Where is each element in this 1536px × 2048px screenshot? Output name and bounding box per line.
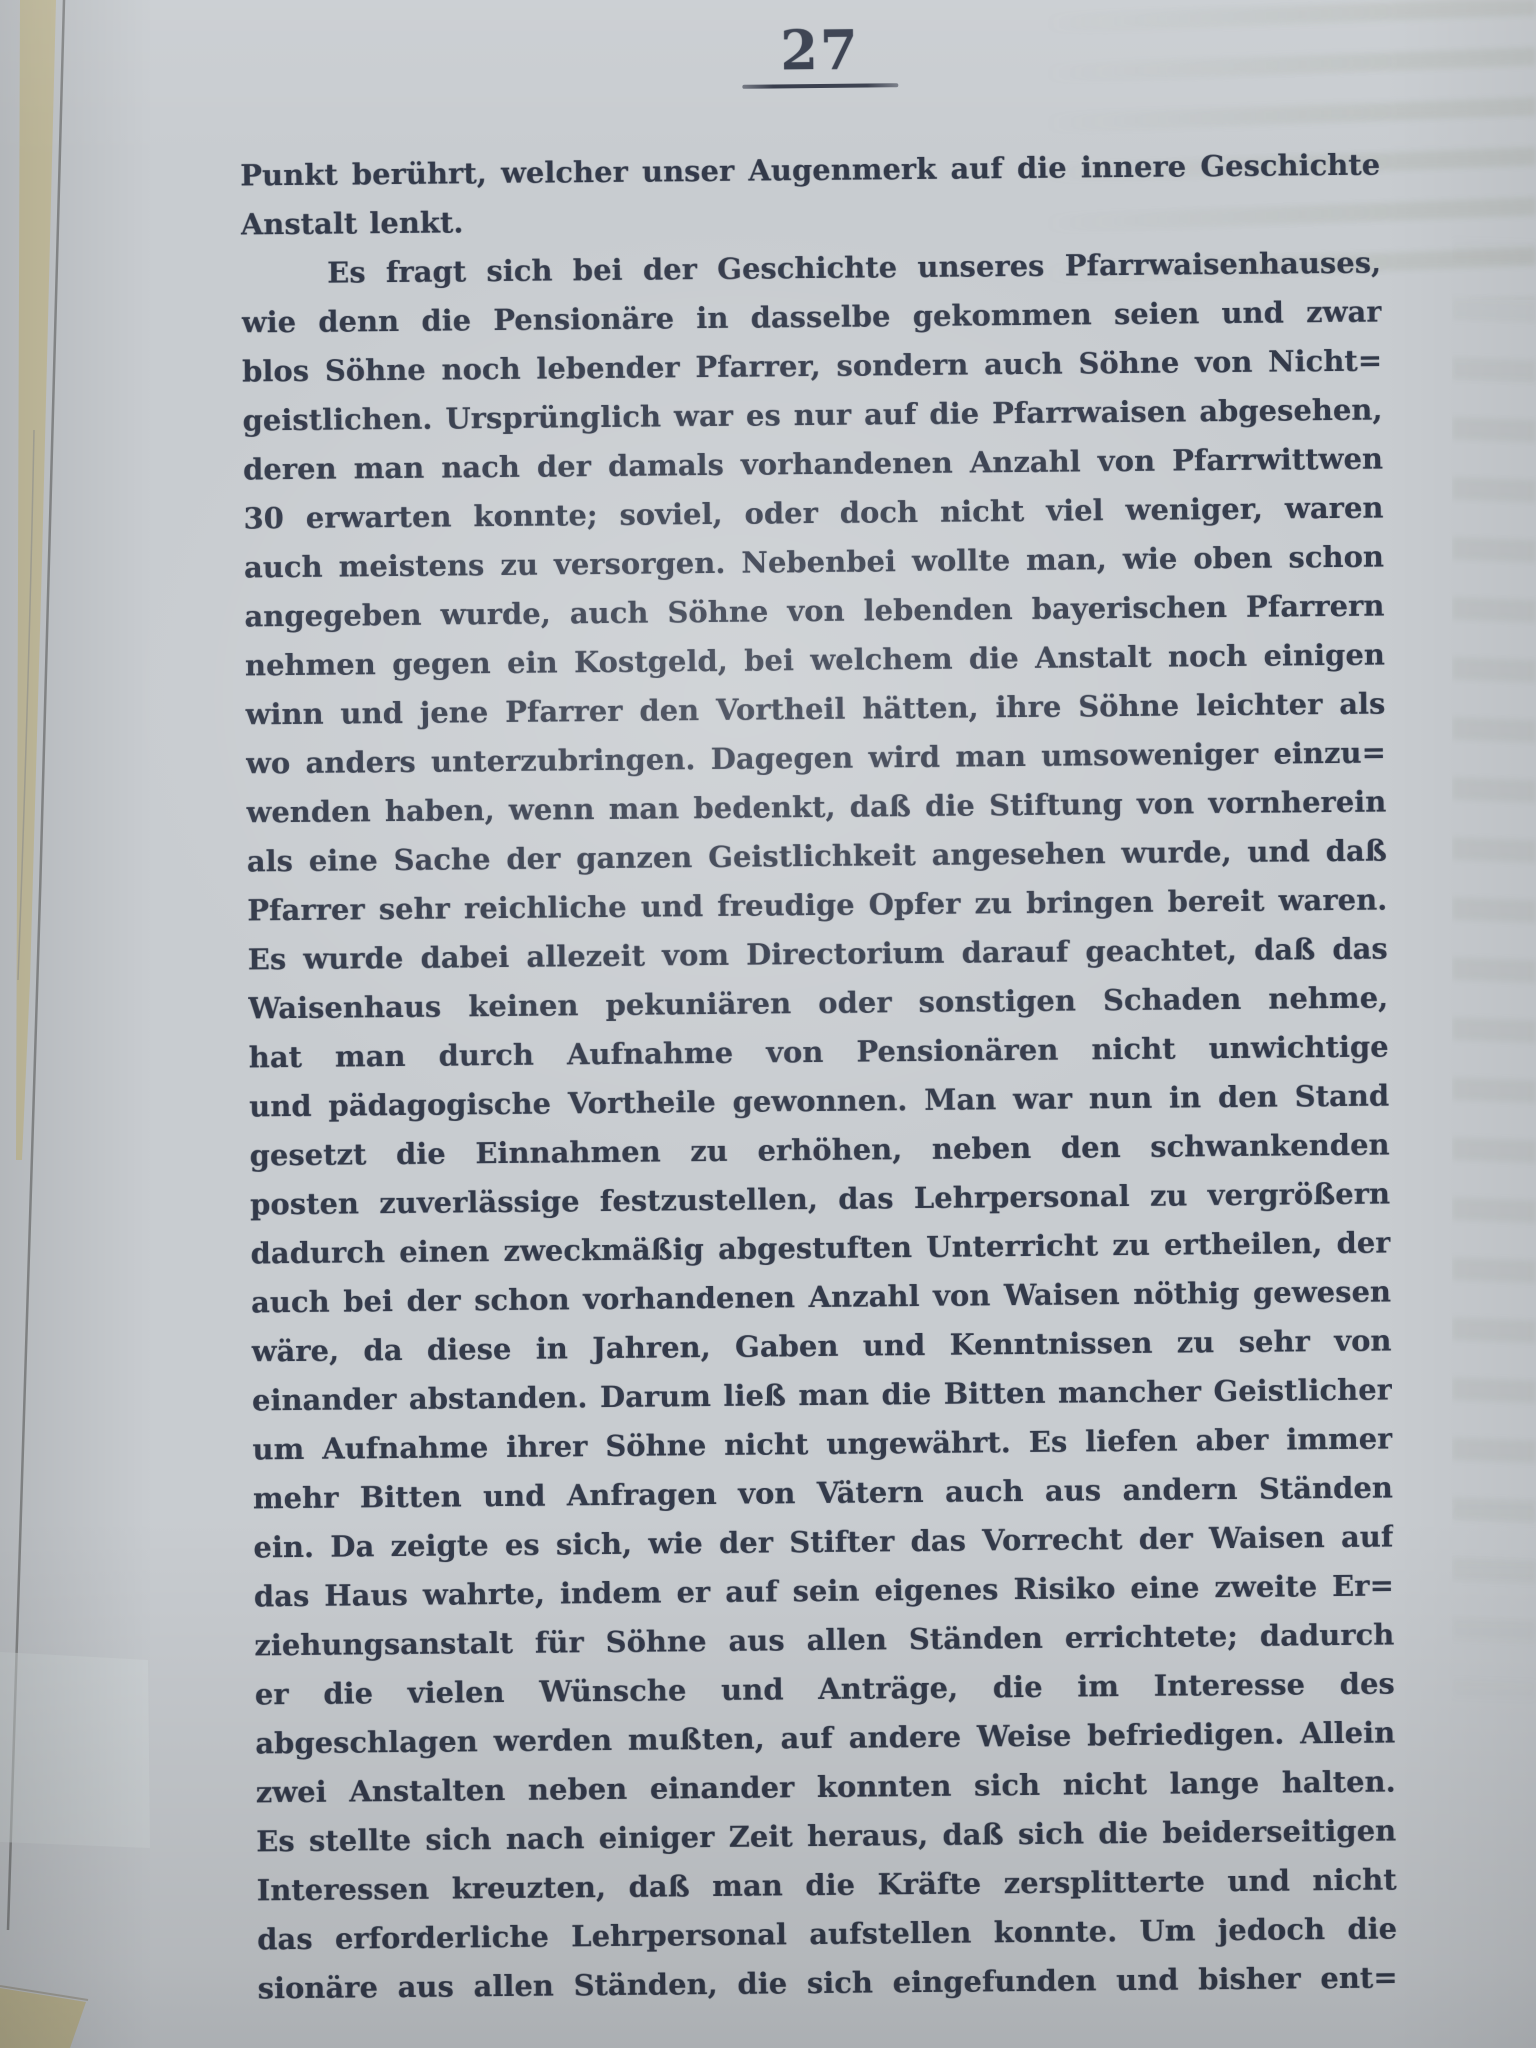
page-header: 27 [720,17,921,89]
scanned-page-photo: 27 Punkt berührt, welcher unser Augenmer… [0,0,1536,2048]
secondary-crease-line [18,430,34,980]
page-edge-crease-line [8,0,64,1930]
bottom-page-edge-line [0,1986,88,2000]
underlying-page-corner-bottom-left [0,1988,86,2048]
bleedthrough-text-right-edge [1452,220,1536,1720]
underlying-page-edge-left [16,0,56,1160]
page-number: 27 [720,17,921,83]
text-block: Punkt berührt, welcher unser Augenmerk a… [240,141,1398,2014]
under-sheet-step [0,1652,150,1848]
page-number-rule [742,83,898,89]
text-line: sionäre aus allen Ständen, die sich eing… [257,1953,1397,2013]
